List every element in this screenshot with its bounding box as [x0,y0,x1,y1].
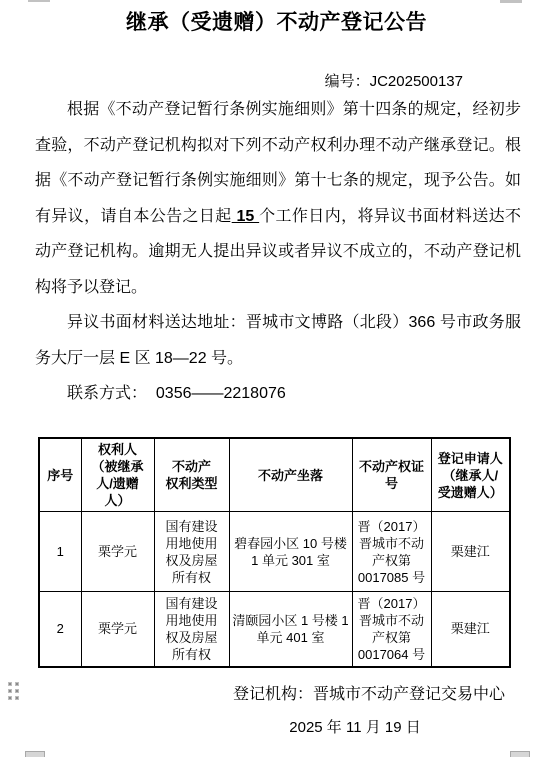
top-left-edge-artifact [28,0,50,2]
cell-location: 清颐园小区 1 号楼 1 单元 401 室 [229,592,352,667]
cell-applicant: 栗建江 [431,512,510,592]
header-certificate-no: 不动产权证号 [352,438,431,512]
table-row: 2 栗学元 国有建设 用地使用 权及房屋 所有权 清颐园小区 1 号楼 1 单元… [39,592,510,667]
cell-location: 碧春园小区 10 号楼 1 单元 301 室 [229,512,352,592]
cell-right-holder: 栗学元 [81,592,154,667]
cell-seq: 2 [39,592,81,667]
bottom-left-edge-artifact [25,751,45,757]
cell-certificate-no: 晋（2017） 晋城市不动 产权第 0017064 号 [352,592,431,667]
cell-applicant: 栗建江 [431,592,510,667]
cell-right-type: 国有建设 用地使用 权及房屋 所有权 [154,512,229,592]
registration-agency: 登记机构：晋城市不动产登记交易中心 [0,681,505,704]
notice-body: 根据《不动产登记暂行条例实施细则》第十四条的规定，经初步查验，不动产登记机构拟对… [35,92,521,412]
table-header-row: 序号 权利人 （被继承 人/遗赠 人） 不动产 权利类型 不动产坐落 不动产权证… [39,438,510,512]
header-right-type: 不动产 权利类型 [154,438,229,512]
objection-days-value: 15 [232,208,259,225]
header-applicant: 登记申请人 （继承人/ 受遗赠人） [431,438,510,512]
page-title: 继承（受遗赠）不动产登记公告 [0,6,553,36]
bottom-right-edge-artifact [510,751,530,757]
top-right-edge-artifact [500,0,522,3]
cell-right-holder: 栗学元 [81,512,154,592]
header-seq: 序号 [39,438,81,512]
header-location: 不动产坐落 [229,438,352,512]
paragraph-contact: 联系方式： 0356——2218076 [35,376,521,412]
table-row: 1 栗学元 国有建设 用地使用 权及房屋 所有权 碧春园小区 10 号楼 1 单… [39,512,510,592]
paragraph-address: 异议书面材料送达地址：晋城市文博路（北段）366 号市政务服务大厅一层 E 区 … [35,305,521,376]
cell-seq: 1 [39,512,81,592]
paragraph-main: 根据《不动产登记暂行条例实施细则》第十四条的规定，经初步查验，不动产登记机构拟对… [35,92,521,305]
registration-table: 序号 权利人 （被继承 人/遗赠 人） 不动产 权利类型 不动产坐落 不动产权证… [38,437,511,668]
notice-document-page: 继承（受遗赠）不动产登记公告 编号：JC202500137 根据《不动产登记暂行… [0,0,553,757]
cell-right-type: 国有建设 用地使用 权及房屋 所有权 [154,592,229,667]
paragraph-main-before: 根据《不动产登记暂行条例实施细则》第十四条的规定，经初步查验，不动产登记机构拟对… [35,101,521,225]
doc-number: 编号：JC202500137 [0,70,463,91]
cell-certificate-no: 晋（2017） 晋城市不动 产权第 0017085 号 [352,512,431,592]
header-right-holder: 权利人 （被继承 人/遗赠 人） [81,438,154,512]
notice-date: 2025 年 11 月 19 日 [157,716,553,737]
